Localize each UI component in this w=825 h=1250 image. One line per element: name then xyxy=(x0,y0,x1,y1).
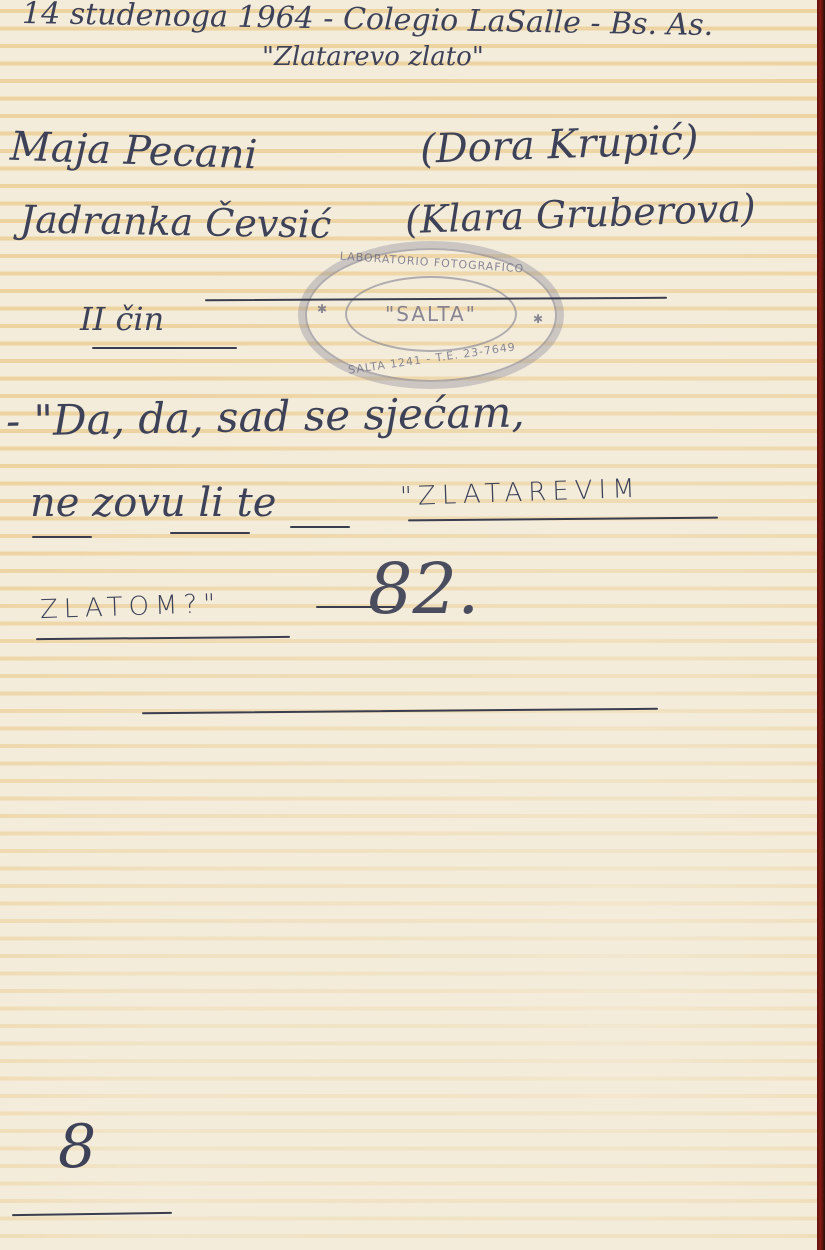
act-underline xyxy=(92,347,237,349)
cast-role-2: (Klara Gruberova) xyxy=(404,186,756,242)
frame-edge xyxy=(817,0,825,1250)
star-icon: ✱ xyxy=(317,302,327,316)
stamp-top-text: LABORATORIO FOTOGRAFICO xyxy=(337,249,527,275)
rule-line-long xyxy=(142,708,658,715)
play-title: "Zlatarevo zlato" xyxy=(262,42,484,72)
underline-ne xyxy=(32,536,92,538)
cast-actor-1: Maja Pecani xyxy=(9,124,258,179)
underline-zlatarevim xyxy=(408,517,718,522)
underline-zlatom xyxy=(36,636,290,640)
bottom-rule xyxy=(12,1212,172,1216)
cast-actor-2: Jadranka Čevsić xyxy=(20,197,332,246)
header-line: 14 studenoga 1964 - Colegio LaSalle - Bs… xyxy=(22,0,714,43)
quote-line-2b: "ZLATAREVIM xyxy=(400,474,642,512)
underline-te xyxy=(290,526,350,528)
photo-back-card: 14 studenoga 1964 - Colegio LaSalle - Bs… xyxy=(0,0,817,1250)
quote-line-1: - "Da, da, sad se sjećam, xyxy=(6,387,525,445)
stamp-center-text: "SALTA" xyxy=(345,276,517,352)
quote-line-3: ZLATOM?" xyxy=(40,589,222,625)
page-number: 82. xyxy=(368,548,479,630)
cast-role-1: (Dora Krupić) xyxy=(419,117,699,173)
photo-lab-stamp: LABORATORIO FOTOGRAFICO ✱ "SALTA" ✱ SALT… xyxy=(305,248,557,382)
star-icon: ✱ xyxy=(533,312,543,326)
underline-zovu xyxy=(170,532,250,534)
bottom-mark: 8 xyxy=(58,1112,96,1182)
act-label: II čin xyxy=(80,300,164,338)
quote-line-2a: ne zovu li te xyxy=(30,480,276,526)
